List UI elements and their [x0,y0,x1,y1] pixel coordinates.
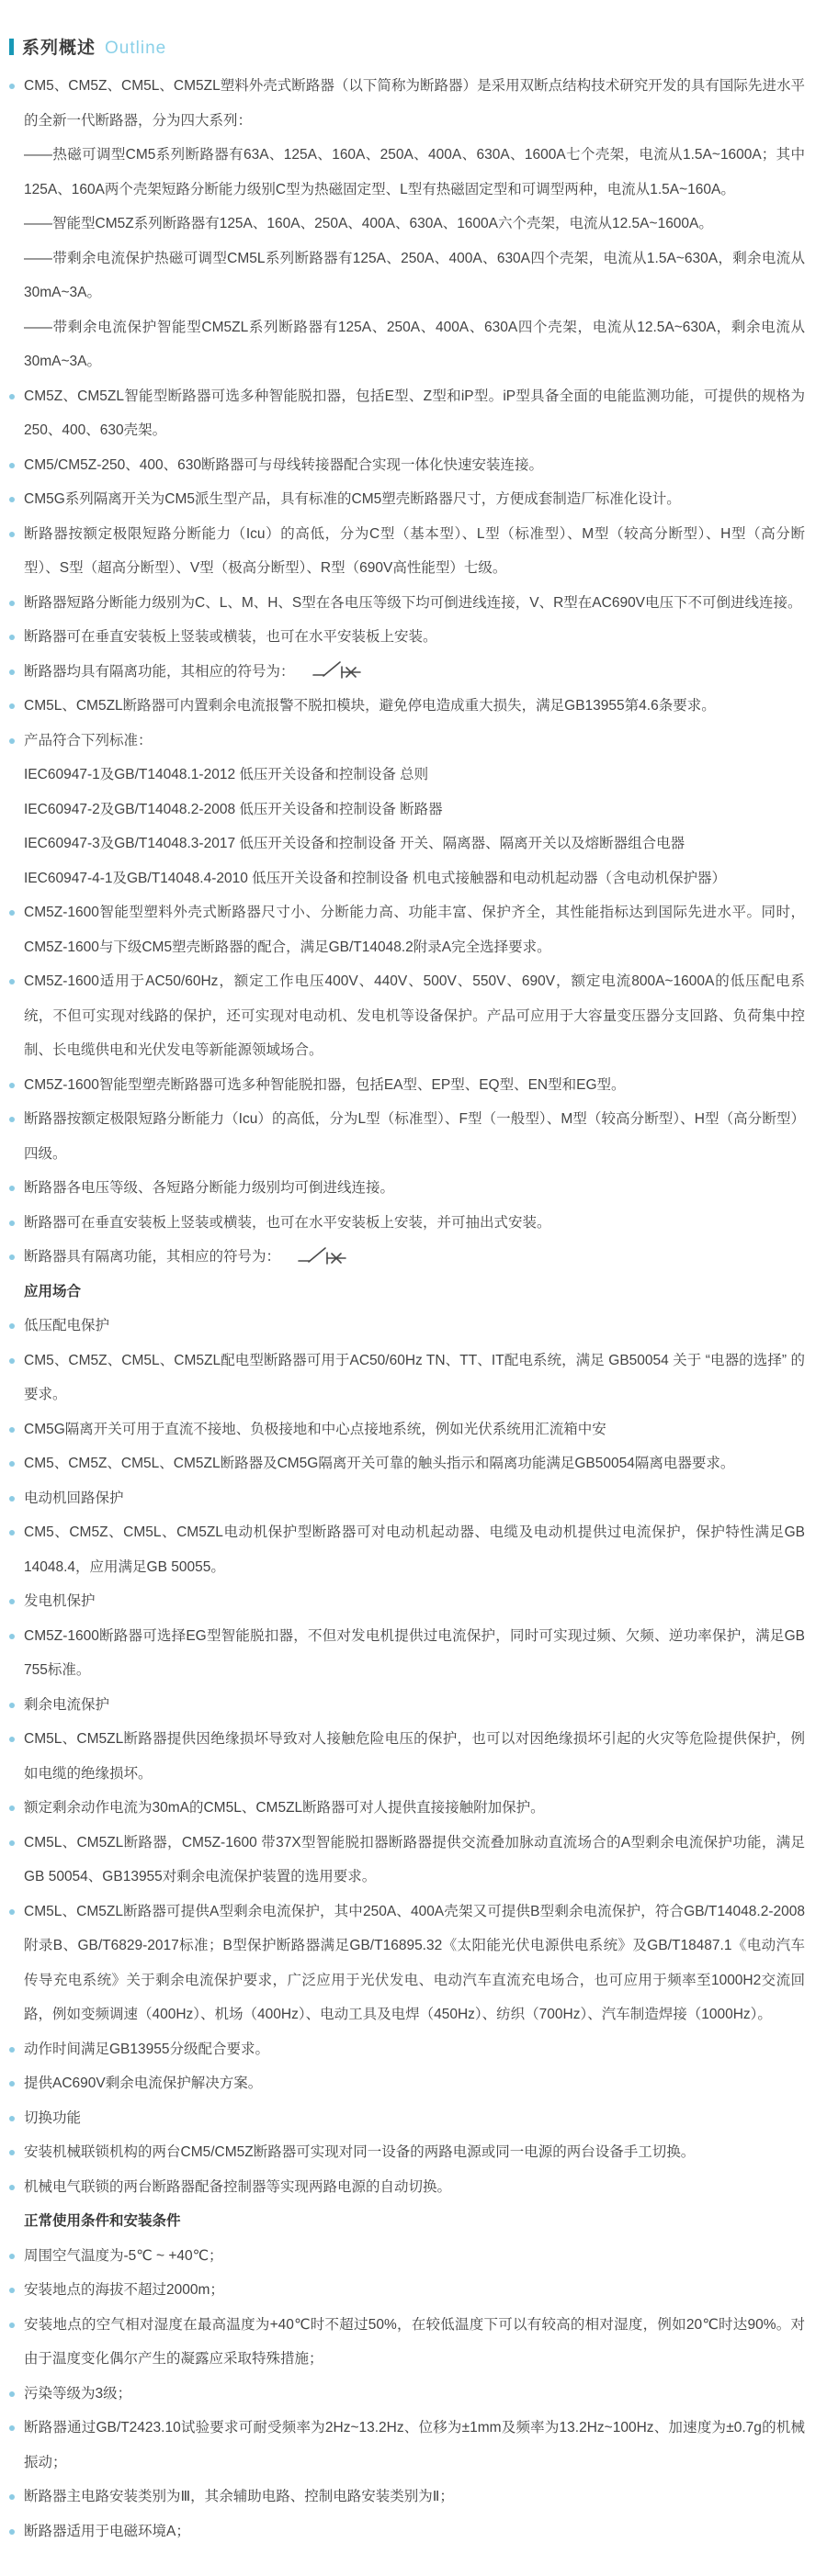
bullet-icon [9,1358,15,1364]
bullet-icon [9,2391,15,2397]
isolator-function-symbol-icon [312,658,361,681]
list-item-text: 安装地点的海拔不超过2000m； [24,2282,224,2298]
isolator-function-symbol-icon [297,1243,346,1267]
list-item: CM5Z-1600智能型塑料外壳式断路器尺寸小、分断能力高、功能丰富、保护齐全，… [9,895,805,964]
outline-list: CM5、CM5Z、CM5L、CM5ZL塑料外壳式断路器（以下简称为断路器）是采用… [0,59,827,2576]
list-item-text: 剩余电流保护 [24,1697,109,1713]
bullet-icon [9,1461,15,1467]
list-item-text: 断路器均具有隔离功能，其相应的符号为： [24,664,295,680]
list-item-text: IEC60947-1及GB/T14048.1-2012 低压开关设备和控制设备 … [24,767,428,782]
bullet-icon [9,1840,15,1846]
list-item: CM5L、CM5ZL断路器可提供A型剩余电流保护，其中250A、400A壳架又可… [9,1895,805,2032]
list-item-text: 额定剩余动作电流为30mA的CM5L、CM5ZL断路器可对人提供直接接触附加保护… [24,1800,545,1816]
list-item: 周围空气温度为-5℃ ~ +40℃； [9,2239,805,2274]
list-item: 提供AC690V剩余电流保护解决方案。 [9,2066,805,2101]
bullet-icon [9,1323,15,1329]
list-item-text: 应用场合 [24,1284,81,1299]
list-item: CM5、CM5Z、CM5L、CM5ZL断路器及CM5G隔离开关可靠的触头指示和隔… [9,1446,805,1481]
list-item-text: 提供AC690V剩余电流保护解决方案。 [24,2075,262,2091]
list-item: CM5G隔离开关可用于直流不接地、负极接地和中心点接地系统，例如光伏系统用汇流箱… [9,1412,805,1447]
list-item-text: CM5Z、CM5ZL智能型断路器可选多种智能脱扣器，包括E型、Z型和iP型。iP… [24,388,805,439]
bullet-icon [9,635,15,640]
list-item: 断路器通过GB/T2423.10试验要求可耐受频率为2Hz~13.2Hz、位移为… [9,2411,805,2480]
bullet-icon [9,1805,15,1811]
list-item: 断路器具有隔离功能，其相应的符号为： [9,1240,805,1275]
list-item: IEC60947-2及GB/T14048.2-2008 低压开关设备和控制设备 … [9,793,805,827]
list-item: 剩余电流保护 [9,1688,805,1723]
list-item-text: 安装机械联锁机构的两台CM5/CM5Z断路器可实现对同一设备的两路电源或同一电源… [24,2144,695,2160]
list-item-text: CM5Z-1600智能型塑料外壳式断路器尺寸小、分断能力高、功能丰富、保护齐全，… [24,905,805,955]
list-item-text: 安装地点的空气相对湿度在最高温度为+40℃时不超过50%，在较低温度下可以有较高… [24,2317,805,2368]
list-item-text: CM5L、CM5ZL断路器，CM5Z-1600 带37X型智能脱扣器断路器提供交… [24,1835,805,1885]
list-item: IEC60947-3及GB/T14048.3-2017 低压开关设备和控制设备 … [9,827,805,861]
list-item-text: CM5L、CM5ZL断路器可内置剩余电流报警不脱扣模块，避免停电造成重大损失，满… [24,698,716,714]
list-item: 低压配电保护 [9,1309,805,1344]
list-item: 断路器均具有隔离功能，其相应的符号为： [9,655,805,690]
bullet-icon [9,1254,15,1260]
list-item: 断路器按额定极限短路分断能力（Icu）的高低，分为L型（标准型）、F型（一般型）… [9,1102,805,1171]
list-item: 机械电气联锁的两台断路器配备控制器等实现两路电源的自动切换。 [9,2170,805,2205]
page-subtitle: Outline [105,39,166,58]
list-item-text: ——热磁可调型CM5系列断路器有63A、125A、160A、250A、400A、… [24,147,805,197]
list-item-text: 断路器按额定极限短路分断能力（Icu）的高低，分为C型（基本型）、L型（标准型）… [24,526,805,577]
list-item-text: CM5Z-1600智能型塑壳断路器可选多种智能脱扣器，包括EA型、EP型、EQ型… [24,1077,626,1093]
list-item: 额定剩余动作电流为30mA的CM5L、CM5ZL断路器可对人提供直接接触附加保护… [9,1791,805,1826]
list-item: 安装地点的海拔不超过2000m； [9,2273,805,2308]
list-item: CM5Z、CM5ZL智能型断路器可选多种智能脱扣器，包括E型、Z型和iP型。iP… [9,379,805,448]
list-item: ——智能型CM5Z系列断路器有125A、160A、250A、400A、630A、… [9,207,805,242]
list-item-text: 断路器主电路安装类别为Ⅲ，其余辅助电路、控制电路安装类别为Ⅱ； [24,2489,454,2504]
bullet-icon [9,497,15,502]
bullet-icon [9,2254,15,2259]
list-item: IEC60947-1及GB/T14048.1-2012 低压开关设备和控制设备 … [9,758,805,793]
list-item: CM5L、CM5ZL断路器提供因绝缘损坏导致对人接触危险电压的保护，也可以对因绝… [9,1722,805,1791]
list-item-text: CM5、CM5Z、CM5L、CM5ZL配电型断路器可用于AC50/60Hz TN… [24,1353,805,1403]
bullet-icon [9,2047,15,2053]
list-item: 断路器适用于电磁环境A； [9,2514,805,2549]
list-item: 安装机械联锁机构的两台CM5/CM5Z断路器可实现对同一设备的两路电源或同一电源… [9,2135,805,2170]
list-item: 断路器各电压等级、各短路分断能力级别均可倒进线连接。 [9,1171,805,1206]
list-item-text: IEC60947-3及GB/T14048.3-2017 低压开关设备和控制设备 … [24,836,685,851]
list-item: 断路器按额定极限短路分断能力（Icu）的高低，分为C型（基本型）、L型（标准型）… [9,517,805,586]
page-title: 系列概述 [22,39,96,58]
list-item: ——热磁可调型CM5系列断路器有63A、125A、160A、250A、400A、… [9,138,805,207]
bullet-icon [9,2529,15,2535]
list-item: 断路器可在垂直安装板上竖装或横装，也可在水平安装板上安装。 [9,620,805,655]
list-item: CM5、CM5Z、CM5L、CM5ZL电动机保护型断路器可对电动机起动器、电缆及… [9,1515,805,1584]
bullet-icon [9,1186,15,1191]
list-item-text: 断路器各电压等级、各短路分断能力级别均可倒进线连接。 [24,1180,394,1196]
bullet-icon [9,1909,15,1915]
list-item-text: 断路器按额定极限短路分断能力（Icu）的高低，分为L型（标准型）、F型（一般型）… [24,1111,805,1162]
list-item-text: CM5L、CM5ZL断路器可提供A型剩余电流保护，其中250A、400A壳架又可… [24,1904,805,2023]
list-item: CM5、CM5Z、CM5L、CM5ZL塑料外壳式断路器（以下简称为断路器）是采用… [9,69,805,138]
header-accent-bar [9,39,14,55]
list-item-text: CM5G系列隔离开关为CM5派生型产品，具有标准的CM5塑壳断路器尺寸，方便成套… [24,491,681,507]
bullet-icon [9,2288,15,2293]
list-item-text: 正常使用条件和安装条件 [24,2213,181,2229]
list-item-text: 产品符合下列标准： [24,733,153,748]
bullet-icon [9,2185,15,2190]
list-item: ——带剩余电流保护智能型CM5ZL系列断路器有125A、250A、400A、63… [9,310,805,379]
list-item-text: 切换功能 [24,2110,81,2126]
bullet-icon [9,1117,15,1122]
list-item-text: 机械电气联锁的两台断路器配备控制器等实现两路电源的自动切换。 [24,2179,451,2195]
list-item-text: 动作时间满足GB13955分级配合要求。 [24,2042,269,2057]
list-item-text: CM5Z-1600适用于AC50/60Hz，额定工作电压400V、440V、50… [24,973,805,1058]
list-item-text: ——带剩余电流保护热磁可调型CM5L系列断路器有125A、250A、400A、6… [24,251,805,301]
bullet-icon [9,532,15,537]
list-item-text: CM5、CM5Z、CM5L、CM5ZL电动机保护型断路器可对电动机起动器、电缆及… [24,1524,805,1575]
list-item-text: 断路器适用于电磁环境A； [24,2524,190,2539]
bullet-icon [9,2116,15,2121]
bullet-icon [9,84,15,89]
list-item: CM5Z-1600适用于AC50/60Hz，额定工作电压400V、440V、50… [9,964,805,1068]
bullet-icon [9,601,15,606]
list-item: CM5L、CM5ZL断路器可内置剩余电流报警不脱扣模块，避免停电造成重大损失，满… [9,689,805,724]
bullet-icon [9,703,15,709]
list-item-text: CM5Z-1600断路器可选择EG型智能脱扣器，不但对发电机提供过电流保护，同时… [24,1628,805,1679]
bullet-icon [9,2150,15,2155]
list-item: CM5Z-1600智能型塑壳断路器可选多种智能脱扣器，包括EA型、EP型、EQ型… [9,1068,805,1103]
list-item: 断路器短路分断能力级别为C、L、M、H、S型在各电压等级下均可倒进线连接，V、R… [9,586,805,621]
list-item: 产品符合下列标准： [9,724,805,759]
list-item-text: 低压配电保护 [24,1318,109,1333]
list-item: CM5/CM5Z-250、400、630断路器可与母线转接器配合实现一体化快速安… [9,448,805,483]
bullet-icon [9,1530,15,1535]
list-item: CM5G系列隔离开关为CM5派生型产品，具有标准的CM5塑壳断路器尺寸，方便成套… [9,482,805,517]
bullet-icon [9,1496,15,1502]
list-item-text: CM5、CM5Z、CM5L、CM5ZL断路器及CM5G隔离开关可靠的触头指示和隔… [24,1456,734,1471]
bullet-icon [9,2323,15,2328]
list-item: 断路器可在垂直安装板上竖装或横装，也可在水平安装板上安装，并可抽出式安装。 [9,1206,805,1241]
document-page: 系列概述Outline CM5、CM5Z、CM5L、CM5ZL塑料外壳式断路器（… [0,0,827,2576]
list-item-text: 断路器通过GB/T2423.10试验要求可耐受频率为2Hz~13.2Hz、位移为… [24,2420,805,2470]
list-item-text: 电动机回路保护 [24,1490,124,1506]
bullet-icon [9,394,15,399]
list-item-text: CM5/CM5Z-250、400、630断路器可与母线转接器配合实现一体化快速安… [24,457,543,473]
list-item: 安装地点的空气相对湿度在最高温度为+40℃时不超过50%，在较低温度下可以有较高… [9,2308,805,2377]
subheading: 正常使用条件和安装条件 [9,2204,805,2239]
bullet-icon [9,738,15,744]
bullet-icon [9,1599,15,1604]
bullet-icon [9,2425,15,2431]
section-header: 系列概述Outline [0,0,827,59]
list-item: 动作时间满足GB13955分级配合要求。 [9,2032,805,2067]
list-item-text: CM5L、CM5ZL断路器提供因绝缘损坏导致对人接触危险电压的保护，也可以对因绝… [24,1731,805,1782]
bullet-icon [9,1703,15,1708]
bullet-icon [9,2494,15,2500]
list-item-text: CM5G隔离开关可用于直流不接地、负极接地和中心点接地系统，例如光伏系统用汇流箱… [24,1422,606,1437]
list-item-text: ——智能型CM5Z系列断路器有125A、160A、250A、400A、630A、… [24,216,713,231]
list-item: 电动机回路保护 [9,1481,805,1516]
subheading: 应用场合 [9,1275,805,1310]
bullet-icon [9,979,15,984]
bullet-icon [9,1083,15,1088]
bullet-icon [9,1221,15,1226]
list-item-text: 断路器可在垂直安装板上竖装或横装，也可在水平安装板上安装。 [24,629,437,645]
list-item-text: IEC60947-4-1及GB/T14048.4-2010 低压开关设备和控制设… [24,871,726,886]
list-item-text: CM5、CM5Z、CM5L、CM5ZL塑料外壳式断路器（以下简称为断路器）是采用… [24,78,805,129]
list-item: CM5Z-1600断路器可选择EG型智能脱扣器，不但对发电机提供过电流保护，同时… [9,1619,805,1688]
list-item: 污染等级为3级； [9,2377,805,2412]
list-item: 断路器主电路安装类别为Ⅲ，其余辅助电路、控制电路安装类别为Ⅱ； [9,2480,805,2514]
list-item: 发电机保护 [9,1584,805,1619]
list-item-text: 断路器具有隔离功能，其相应的符号为： [24,1249,280,1265]
list-item-text: 断路器短路分断能力级别为C、L、M、H、S型在各电压等级下均可倒进线连接，V、R… [24,595,802,611]
bullet-icon [9,463,15,468]
bullet-icon [9,669,15,675]
list-item-text: 周围空气温度为-5℃ ~ +40℃； [24,2248,223,2264]
list-item-text: 发电机保护 [24,1593,96,1609]
list-item-text: IEC60947-2及GB/T14048.2-2008 低压开关设备和控制设备 … [24,802,443,817]
list-item: CM5、CM5Z、CM5L、CM5ZL配电型断路器可用于AC50/60Hz TN… [9,1344,805,1412]
list-item: CM5L、CM5ZL断路器，CM5Z-1600 带37X型智能脱扣器断路器提供交… [9,1826,805,1895]
list-item: 切换功能 [9,2101,805,2136]
list-item: IEC60947-4-1及GB/T14048.4-2010 低压开关设备和控制设… [9,861,805,896]
bullet-icon [9,1737,15,1742]
bullet-icon [9,1427,15,1433]
list-item: ——带剩余电流保护热磁可调型CM5L系列断路器有125A、250A、400A、6… [9,242,805,310]
bullet-icon [9,1634,15,1639]
list-item-text: ——带剩余电流保护智能型CM5ZL系列断路器有125A、250A、400A、63… [24,320,805,370]
bullet-icon [9,2081,15,2087]
list-item-text: 断路器可在垂直安装板上竖装或横装，也可在水平安装板上安装，并可抽出式安装。 [24,1215,551,1231]
list-item-text: 污染等级为3级； [24,2386,131,2402]
bullet-icon [9,910,15,916]
